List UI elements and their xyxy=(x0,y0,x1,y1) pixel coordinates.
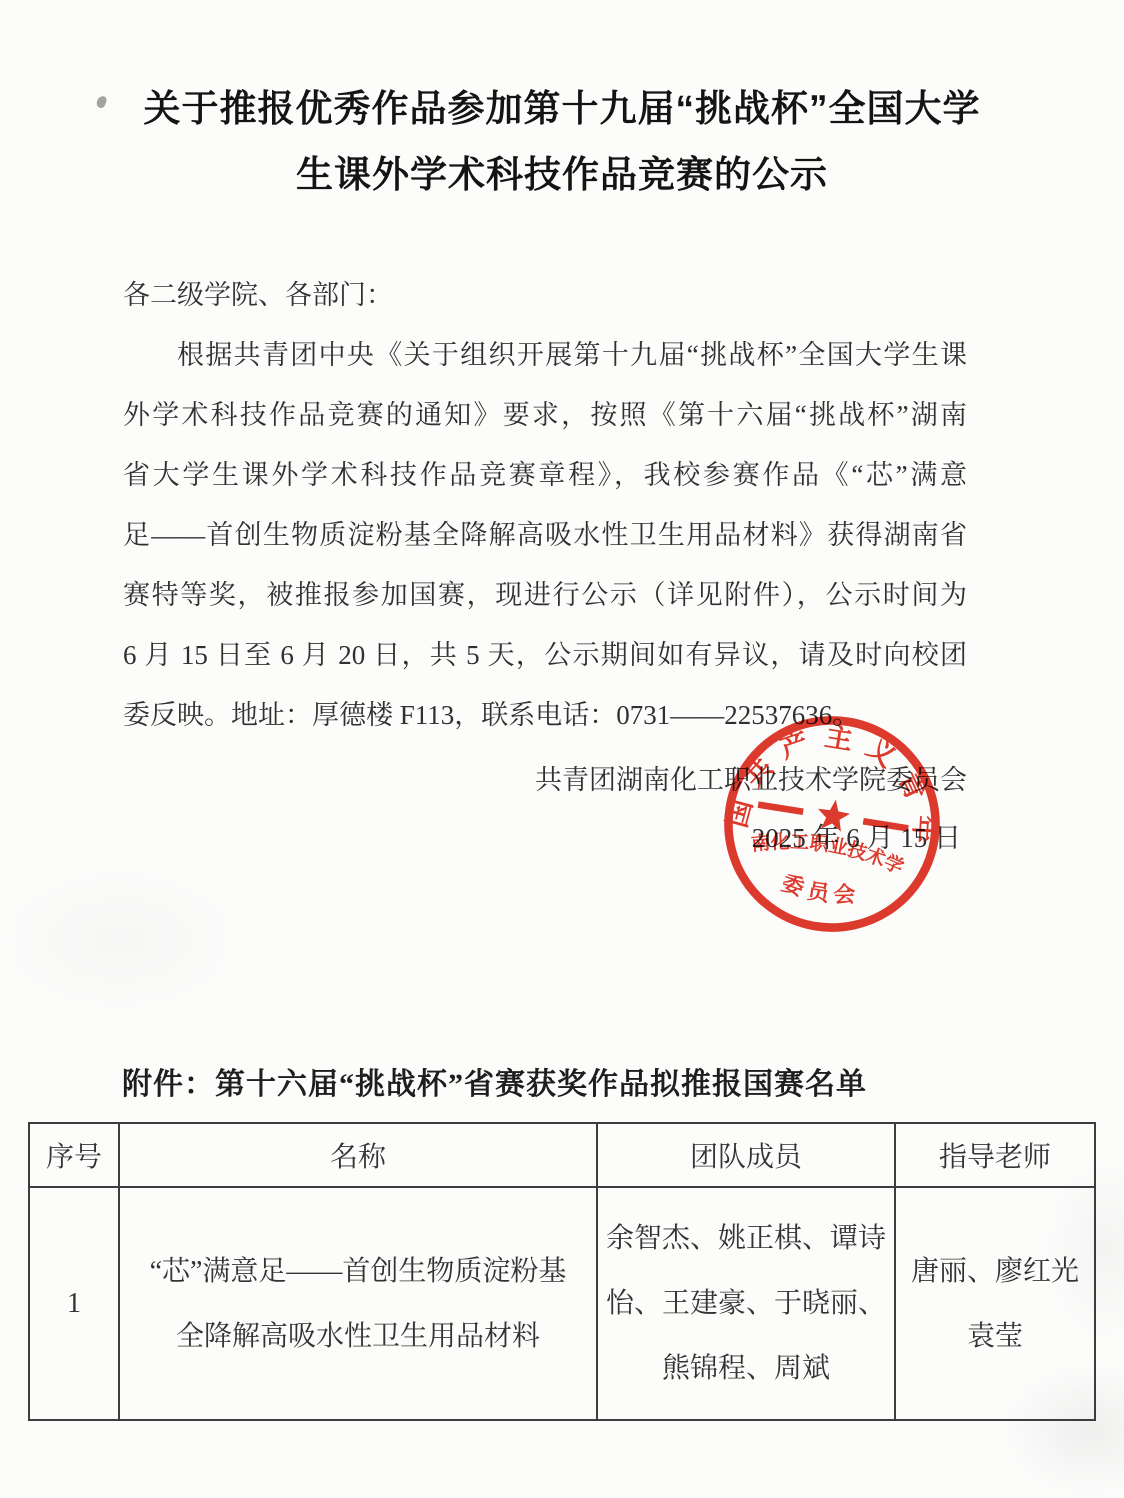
document-page: 关于推报优秀作品参加第十九届“挑战杯”全国大学 生课外学术科技作品竞赛的公示 各… xyxy=(0,0,1124,1498)
awards-table: 序号 名称 团队成员 指导老师 1 “芯”满意足——首创生物质淀粉基 全降解高吸… xyxy=(28,1122,1096,1421)
header-advisors: 指导老师 xyxy=(895,1123,1095,1187)
header-team-members: 团队成员 xyxy=(597,1123,895,1187)
title-line-1: 关于推报优秀作品参加第十九届“挑战杯”全国大学 xyxy=(0,76,1124,142)
document-body: 各二级学院、各部门： 根据共青团中央《关于组织开展第十九届“挑战杯”全国大学生课… xyxy=(123,265,967,745)
body-line: 外学术科技作品竞赛的通知》要求，按照《第十六届“挑战杯”湖南 xyxy=(123,385,967,445)
cell-advisors: 唐丽、廖红光 袁莹 xyxy=(895,1187,1095,1420)
cell-serial-number: 1 xyxy=(29,1187,119,1420)
table-row: 1 “芯”满意足——首创生物质淀粉基 全降解高吸水性卫生用品材料 余智杰、姚正棋… xyxy=(29,1187,1095,1420)
cell-team-members: 余智杰、姚正棋、谭诗 怡、王建豪、于晓丽、 熊锦程、周斌 xyxy=(597,1187,895,1420)
body-line: 6 月 15 日至 6 月 20 日，共 5 天，公示期间如有异议，请及时向校团 xyxy=(123,625,967,685)
salutation: 各二级学院、各部门： xyxy=(123,265,967,325)
header-serial-number: 序号 xyxy=(29,1123,119,1187)
table-header-row: 序号 名称 团队成员 指导老师 xyxy=(29,1123,1095,1187)
seal-bottom-text: 委员会 xyxy=(778,869,865,911)
signature-organization: 共青团湖南化工职业技术学院委员会 xyxy=(123,752,967,808)
cell-work-name: “芯”满意足——首创生物质淀粉基 全降解高吸水性卫生用品材料 xyxy=(119,1187,597,1420)
header-work-name: 名称 xyxy=(119,1123,597,1187)
document-title: 关于推报优秀作品参加第十九届“挑战杯”全国大学 生课外学术科技作品竞赛的公示 xyxy=(0,76,1124,208)
title-line-2: 生课外学术科技作品竞赛的公示 xyxy=(0,142,1124,208)
body-line: 赛特等奖，被推报参加国赛，现进行公示（详见附件），公示时间为 xyxy=(123,565,967,625)
signature-date: 2025 年 6 月 15 日 xyxy=(123,810,961,866)
body-line: 省大学生课外学术科技作品竞赛章程》，我校参赛作品《“芯”满意 xyxy=(123,445,967,505)
body-line: 委反映。地址：厚德楼 F113，联系电话：0731——22537636。 xyxy=(123,685,967,745)
attachment-heading: 附件：第十六届“挑战杯”省赛获奖作品拟推报国赛名单 xyxy=(122,1060,1022,1110)
body-line: 足——首创生物质淀粉基全降解高吸水性卫生用品材料》获得湖南省 xyxy=(123,505,967,565)
body-line: 根据共青团中央《关于组织开展第十九届“挑战杯”全国大学生课 xyxy=(123,325,967,385)
